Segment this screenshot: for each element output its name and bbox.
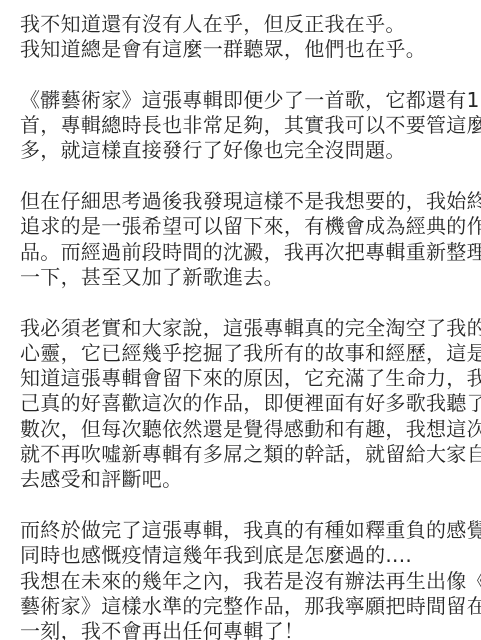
text-line: 我想在未來的幾年之內，我若是沒有辦法再生出像《髒	[20, 569, 475, 594]
text-line: 去感受和評斷吧。	[20, 467, 475, 492]
text-line: 心靈，它已經幾乎挖掘了我所有的故事和經歷，這是我	[20, 341, 475, 366]
text-line: 追求的是一張希望可以留下來，有機會成為經典的作	[20, 214, 475, 239]
text-line: 品。而經過前段時間的沈澱，我再次把專輯重新整理了	[20, 240, 475, 265]
text-line: 而終於做完了這張專輯，我真的有種如釋重負的感覺，	[20, 518, 475, 543]
paragraph-3: 但在仔細思考過後我發現這樣不是我想要的，我始終想 追求的是一張希望可以留下來，有…	[20, 189, 475, 290]
text-line: 同時也感慨疫情這幾年我到底是怎麼過的....	[20, 543, 475, 568]
paragraph-spacer	[20, 164, 475, 189]
paragraph-1: 我不知道還有沒有人在乎，但反正我在乎。 我知道總是會有這麼一群聽眾，他們也在乎。	[20, 12, 475, 63]
text-line: 首，專輯總時長也非常足夠，其實我可以不要管這麼	[20, 113, 475, 138]
paragraph-spacer	[20, 493, 475, 518]
paragraph-spacer	[20, 290, 475, 315]
text-line: 但在仔細思考過後我發現這樣不是我想要的，我始終想	[20, 189, 475, 214]
text-line: 我不知道還有沒有人在乎，但反正我在乎。	[20, 12, 475, 37]
document-body: 我不知道還有沒有人在乎，但反正我在乎。 我知道總是會有這麼一群聽眾，他們也在乎。…	[20, 12, 475, 640]
text-line: 《髒藝術家》這張專輯即便少了一首歌，它都還有12	[20, 88, 475, 113]
text-line: 藝術家》這樣水準的完整作品，那我寧願把時間留在這	[20, 594, 475, 619]
text-line: 多，就這樣直接發行了好像也完全沒問題。	[20, 138, 475, 163]
text-line: 己真的好喜歡這次的作品，即便裡面有好多歌我聽了無	[20, 391, 475, 416]
paragraph-4: 我必須老實和大家說，這張專輯真的完全淘空了我的身 心靈，它已經幾乎挖掘了我所有的…	[20, 316, 475, 493]
paragraph-spacer	[20, 63, 475, 88]
paragraph-5: 而終於做完了這張專輯，我真的有種如釋重負的感覺， 同時也感慨疫情這幾年我到底是怎…	[20, 518, 475, 640]
text-line: 一刻，我不會再出任何專輯了！	[20, 619, 475, 640]
paragraph-2: 《髒藝術家》這張專輯即便少了一首歌，它都還有12 首，專輯總時長也非常足夠，其實…	[20, 88, 475, 164]
text-line: 我知道總是會有這麼一群聽眾，他們也在乎。	[20, 37, 475, 62]
text-line: 我必須老實和大家說，這張專輯真的完全淘空了我的身	[20, 316, 475, 341]
text-line: 知道這張專輯會留下來的原因，它充滿了生命力，我自	[20, 366, 475, 391]
text-line: 一下，甚至又加了新歌進去。	[20, 265, 475, 290]
text-line: 數次，但每次聽依然還是覺得感動和有趣，我想這次我	[20, 417, 475, 442]
text-line: 就不再吹噓新專輯有多屌之類的幹話，就留給大家自己	[20, 442, 475, 467]
